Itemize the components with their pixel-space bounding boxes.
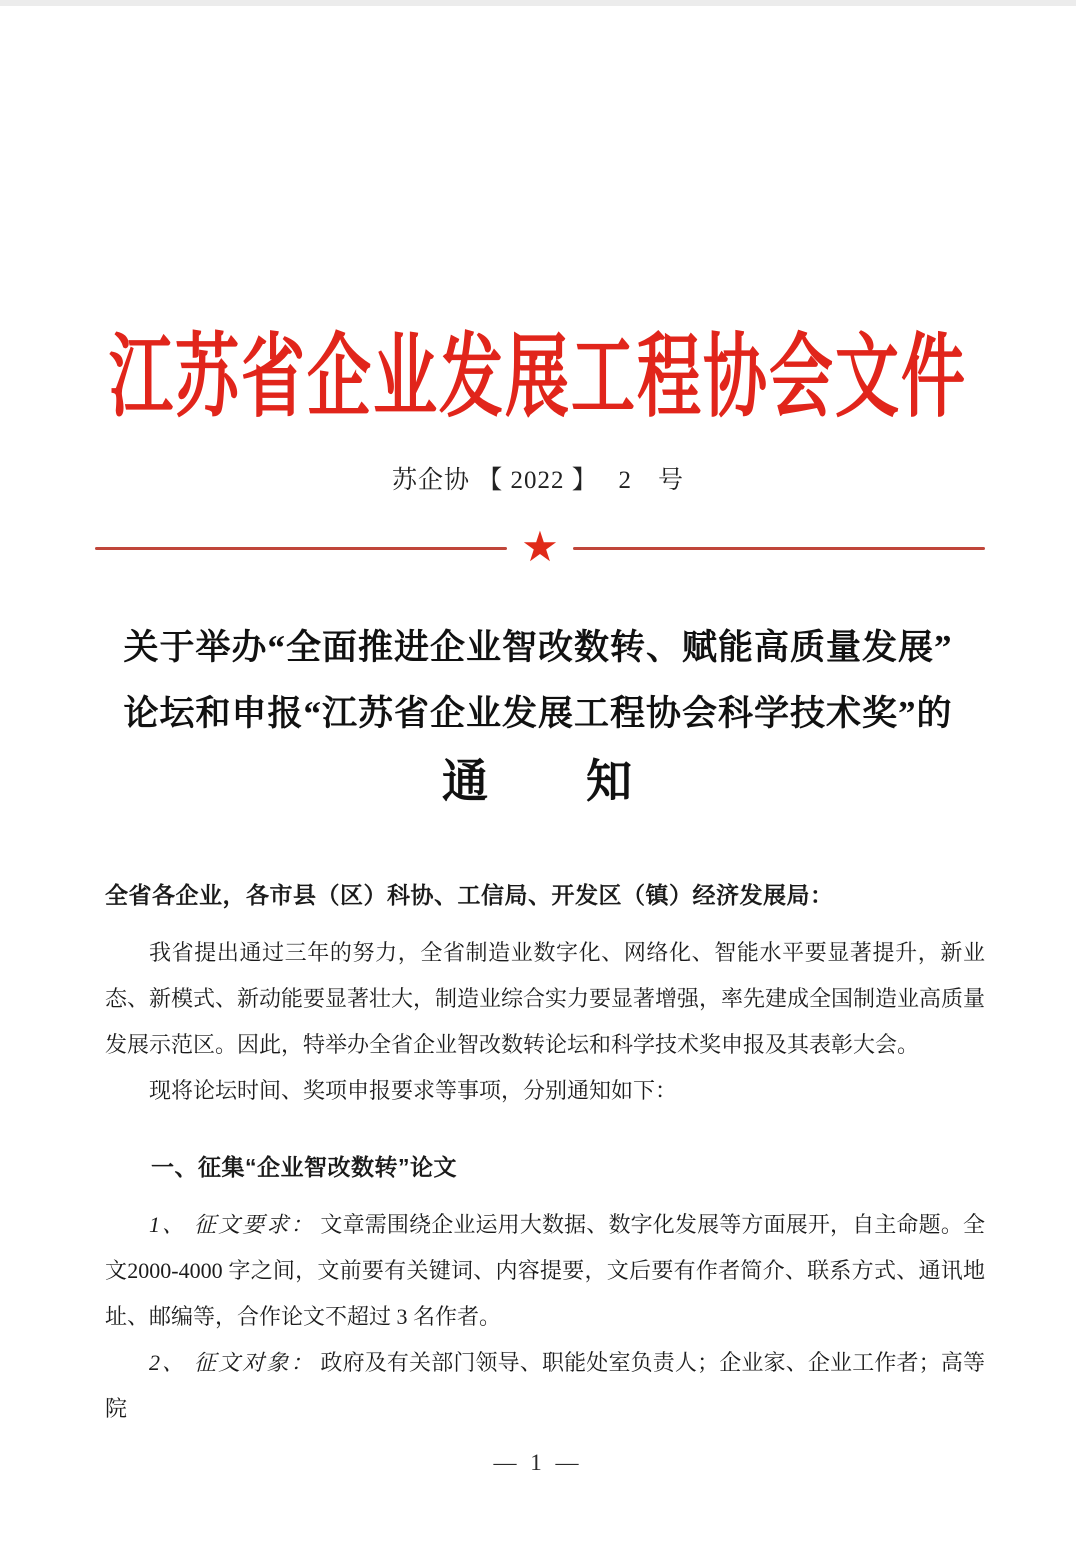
- item-2-label: 2、 征文对象：: [149, 1350, 315, 1375]
- section-1-heading: 一、征集“企业智改数转”论文: [105, 1144, 985, 1190]
- notice-title-line1: 关于举办“全面推进企业智改数转、赋能高质量发展”: [0, 615, 1076, 681]
- page-number: — 1 —: [0, 1448, 1076, 1478]
- notice-title: 关于举办“全面推进企业智改数转、赋能高质量发展” 论坛和申报“江苏省企业发展工程…: [0, 615, 1076, 815]
- item-1-label: 1、 征文要求：: [149, 1212, 315, 1237]
- paragraph-1: 我省提出通过三年的努力，全省制造业数字化、网络化、智能水平要显著提升，新业态、新…: [105, 930, 985, 1068]
- document-body: 全省各企业，各市县（区）科协、工信局、开发区（镇）经济发展局： 我省提出通过三年…: [105, 872, 985, 1432]
- masthead-title: 江苏省企业发展工程协会文件: [0, 310, 1076, 445]
- doc-number: 苏企协 【 2022 】 2 号: [0, 466, 1076, 496]
- divider-right-rule: [573, 547, 985, 550]
- star-icon: ★: [521, 528, 559, 568]
- section-1-item-1: 1、 征文要求： 文章需围绕企业运用大数据、数字化发展等方面展开，自主命题。全文…: [105, 1202, 985, 1340]
- paragraph-2: 现将论坛时间、奖项申报要求等事项，分别通知如下：: [105, 1068, 985, 1114]
- notice-title-line3: 通 知: [0, 749, 1076, 815]
- salutation: 全省各企业，各市县（区）科协、工信局、开发区（镇）经济发展局：: [105, 872, 985, 918]
- section-1-item-2: 2、 征文对象： 政府及有关部门领导、职能处室负责人；企业家、企业工作者；高等院: [105, 1340, 985, 1432]
- document-page: 江苏省企业发展工程协会文件 苏企协 【 2022 】 2 号 ★ 关于举办“全面…: [0, 0, 1076, 1565]
- scan-top-strip: [0, 0, 1076, 6]
- divider-left-rule: [95, 547, 507, 550]
- notice-title-line2: 论坛和申报“江苏省企业发展工程协会科学技术奖”的: [0, 681, 1076, 747]
- star-divider: ★: [95, 528, 985, 568]
